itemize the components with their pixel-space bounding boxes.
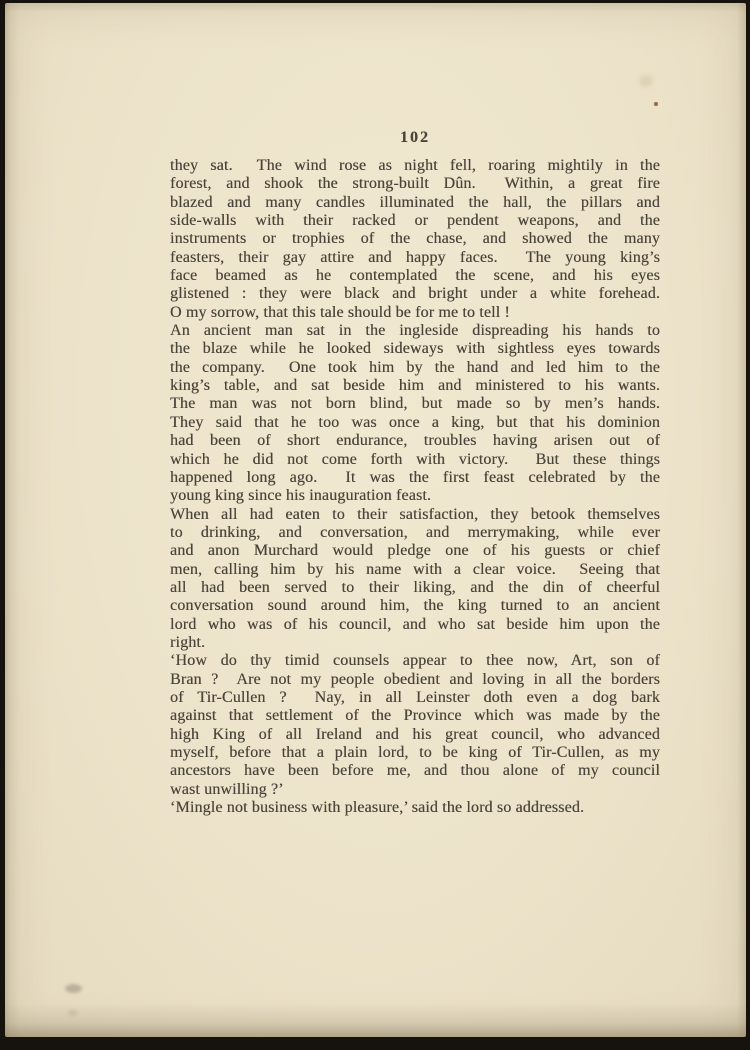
text-line: They said that he too was once a king, b… (170, 414, 660, 432)
text-line: the blaze while he looked sideways with … (170, 340, 660, 358)
text-line: lord who was of his council, and who sat… (170, 616, 660, 634)
text-line: to drinking, and conversation, and merry… (170, 524, 660, 542)
text-line: ancestors have been before me, and thou … (170, 762, 660, 780)
text-line: feasters, their gay attire and happy fac… (170, 249, 660, 267)
text-line: the company. One took him by the hand an… (170, 359, 660, 377)
text-line: high King of all Ireland and his great c… (170, 726, 660, 744)
text-line: ‘Mingle not business with pleasure,’ sai… (170, 799, 660, 817)
text-line: face beamed as he contemplated the scene… (170, 267, 660, 285)
smudge-mark (65, 984, 82, 993)
text-line: against that settlement of the Province … (170, 707, 660, 725)
book-page: 102 they sat. The wind rose as night fel… (5, 3, 746, 1037)
text-line: Bran ? Are not my people obedient and lo… (170, 671, 660, 689)
text-line: The man was not born blind, but made so … (170, 395, 660, 413)
text-line: O my sorrow, that this tale should be fo… (170, 304, 660, 322)
text-line: had been of short endurance, troubles ha… (170, 432, 660, 450)
text-line: right. (170, 634, 660, 652)
text-line: An ancient man sat in the ingleside disp… (170, 322, 660, 340)
text-line: side-walls with their racked or pendent … (170, 212, 660, 230)
page-number: 102 (170, 129, 660, 147)
text-line: all had been served to their liking, and… (170, 579, 660, 597)
text-line: king’s table, and sat beside him and min… (170, 377, 660, 395)
text-line: When all had eaten to their satisfaction… (170, 506, 660, 524)
text-line: men, calling him by his name with a clea… (170, 561, 660, 579)
text-line: ‘How do thy timid counsels appear to the… (170, 652, 660, 670)
text-line: which he did not come forth with victory… (170, 451, 660, 469)
text-line: instruments or trophies of the chase, an… (170, 230, 660, 248)
text-line: young king since his inauguration feast. (170, 487, 660, 505)
smudge-mark-small (68, 1010, 78, 1016)
foxing-speck (654, 102, 658, 106)
text-line: wast unwilling ?’ (170, 781, 660, 799)
page-text: they sat. The wind rose as night fell, r… (170, 157, 660, 817)
text-line: happened long ago. It was the first feas… (170, 469, 660, 487)
text-line: and anon Murchard would pledge one of hi… (170, 542, 660, 560)
text-line: conversation sound around him, the king … (170, 597, 660, 615)
scan-border: 102 they sat. The wind rose as night fel… (0, 0, 750, 1050)
text-line: of Tir-Cullen ? Nay, in all Leinster dot… (170, 689, 660, 707)
text-line: myself, before that a plain lord, to be … (170, 744, 660, 762)
text-line: blazed and many candles illuminated the … (170, 194, 660, 212)
foxing-blotch (639, 75, 653, 87)
text-line: they sat. The wind rose as night fell, r… (170, 157, 660, 175)
text-line: glistened : they were black and bright u… (170, 285, 660, 303)
text-line: forest, and shook the strong-built Dûn. … (170, 175, 660, 193)
